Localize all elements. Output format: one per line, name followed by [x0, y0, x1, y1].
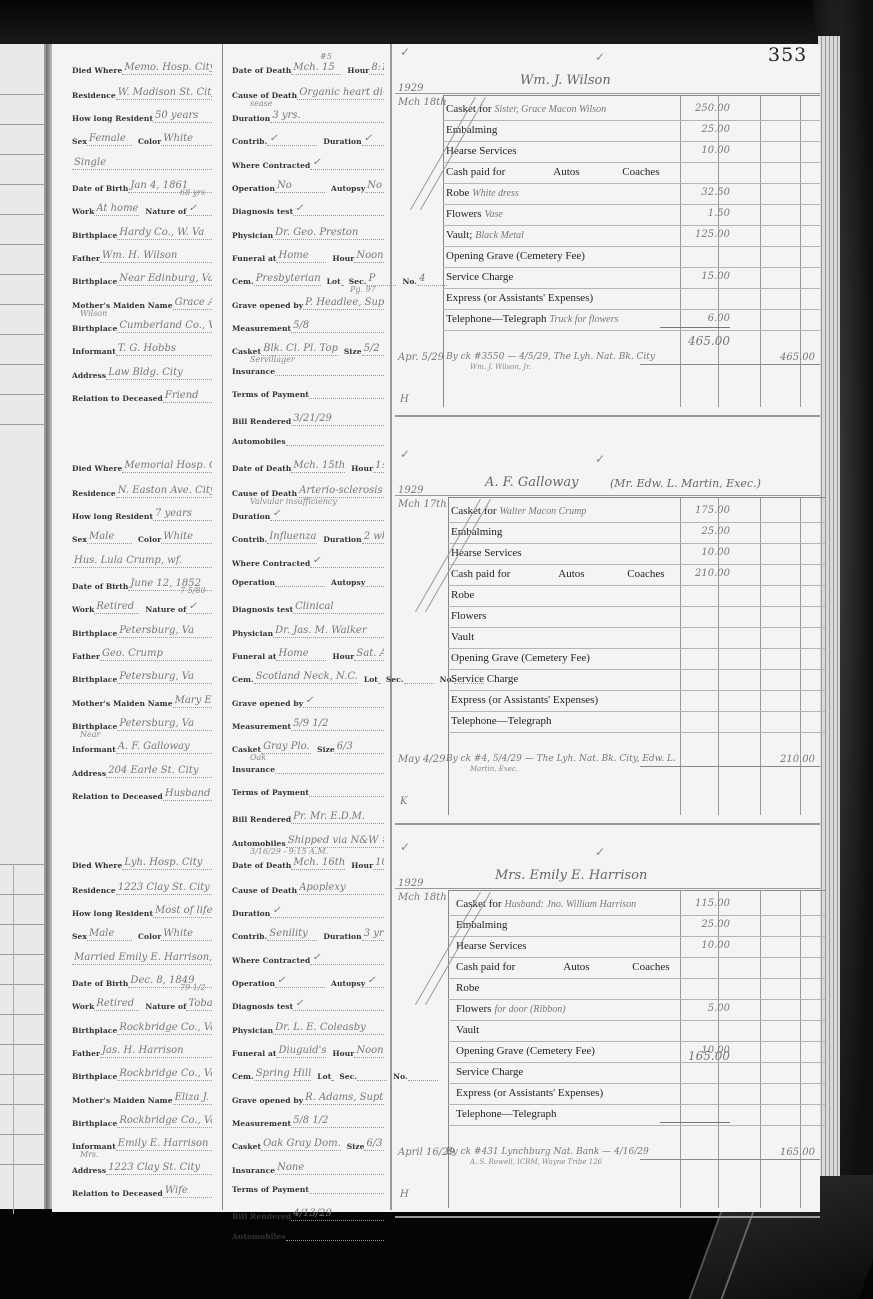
- ledger-item-amount: 25.00: [660, 526, 730, 537]
- cem-value: Presbyterian: [254, 273, 321, 286]
- diagnosis-test-value: Clinical: [293, 601, 384, 614]
- field-physician: PhysicianDr. Jas. M. Walker: [232, 625, 384, 638]
- cem-note: Pg. 97: [350, 285, 376, 294]
- ledger-item: Vault;Black Metal: [446, 229, 524, 241]
- field-funeral-at: Funeral atHome Hour Sat. A.M.: [232, 648, 384, 661]
- how-long-resident-value: 50 years: [153, 110, 212, 123]
- measurement-value: 5/8 1/2: [291, 1115, 384, 1128]
- date-of-death-note: #5: [320, 52, 332, 61]
- payment-date: Apr. 5/29: [398, 352, 444, 363]
- field-father-birthplace: Birthplace Rockbridge Co., Va: [72, 1068, 212, 1081]
- ledger-row-rule: [443, 309, 820, 310]
- cause-of-death-note: sease: [250, 99, 272, 108]
- informant-note: Mrs.: [80, 1150, 99, 1159]
- work-value: At home: [94, 203, 139, 216]
- where-contracted-value: ✓: [310, 555, 384, 568]
- amount-column-rule: [800, 890, 801, 1208]
- ledger-date: Mch 17th: [398, 499, 447, 510]
- ledger-row-rule: [448, 564, 825, 565]
- mothers-maiden-name-value: Grace Ann: [173, 297, 212, 310]
- total-rule: [660, 327, 730, 328]
- field-physician: PhysicianDr. Geo. Preston: [232, 227, 384, 240]
- column-divider-form: [222, 44, 223, 1210]
- ledger-row-rule: [448, 1020, 825, 1021]
- payment-description: By ck #431 Lynchburg Nat. Bank — 4/16/29: [446, 1147, 649, 1157]
- marital-status-value: Married Emily E. Harrison, wf.: [72, 952, 212, 965]
- address-value: Law Bldg. City: [106, 367, 212, 380]
- bill-rendered-value: Pr. Mr. E.D.M.: [291, 811, 384, 824]
- informant-value: Emily E. Harrison: [116, 1138, 212, 1151]
- payment-subnote: Martin, Exec.: [470, 765, 518, 773]
- ledger-item: Opening Grave (Cemetery Fee): [446, 250, 588, 262]
- page-number: 353: [768, 44, 807, 66]
- field-sex: Sex Female Color White: [72, 133, 212, 146]
- field-work: Work At home Nature of ✓: [72, 203, 212, 216]
- color-value: White: [161, 531, 212, 544]
- ledger-row-rule: [448, 543, 825, 544]
- ledger-item-amount: 10.00: [660, 940, 730, 951]
- ledger-row-rule: [448, 690, 825, 691]
- contrib-duration-value: 2 wks: [362, 531, 384, 544]
- mother-birthplace-value: Petersburg, Va: [117, 718, 212, 731]
- relation-to-deceased-value: Friend: [163, 390, 212, 403]
- father-birthplace-value: Near Edinburg, Va: [117, 273, 212, 286]
- funeral-hour-value: Sat. A.M.: [354, 648, 384, 661]
- checkmark-icon: ✓: [400, 45, 410, 59]
- ledger-row-rule: [443, 204, 820, 205]
- field-relation-to-deceased: Relation to Deceased Friend: [72, 390, 212, 403]
- field-operation: OperationNo Autopsy No: [232, 180, 384, 193]
- cause-of-death-note: Valvular insufficiency: [250, 497, 337, 506]
- section-divider: [395, 823, 820, 825]
- ledger-item: Opening Grave (Cemetery Fee): [451, 652, 593, 664]
- died-where-value: Lyh. Hosp. City: [122, 857, 212, 870]
- field-duration: Duration✓: [232, 508, 384, 521]
- diagnosis-test-value: ✓: [293, 998, 384, 1011]
- ledger-item-amount: 25.00: [660, 919, 730, 930]
- nature-of-value: Tobacco: [186, 998, 212, 1011]
- nature-of-value: ✓: [186, 601, 212, 614]
- field-contrib: Contrib.Senility Duration 3 yrs: [232, 928, 384, 941]
- ledger-item: Opening Grave (Cemetery Fee): [456, 1045, 598, 1057]
- ledger-row-rule: [443, 162, 820, 163]
- marital-status-value: Hus. Lula Crump, wf.: [72, 555, 212, 568]
- casket-note: Oak: [250, 753, 266, 762]
- ledger-item-amount: 10.00: [660, 547, 730, 558]
- how-long-resident-value: Most of life: [153, 905, 212, 918]
- date-of-birth-note: 7 5/80: [180, 586, 206, 595]
- column-divider-ledger: [390, 44, 392, 1210]
- measurement-value: 5/8: [291, 320, 384, 333]
- birthplace-value: Hardy Co., W. Va: [117, 227, 212, 240]
- died-where-value: Memorial Hosp. City: [122, 460, 212, 473]
- bill-rendered-value: 3/21/29: [291, 413, 384, 426]
- sec-value: [357, 1080, 387, 1081]
- relation-to-deceased-value: Wife: [163, 1185, 212, 1198]
- payment-amount: 210.00: [745, 754, 815, 765]
- ledger-item: Cash paid forAutos Coaches: [456, 961, 670, 973]
- ledger-top-rule: [395, 888, 820, 889]
- amount-column-rule: [760, 890, 761, 1208]
- field-measurement: Measurement5/8: [232, 320, 384, 333]
- payment-rule: [640, 766, 820, 767]
- mother-birthplace-value: Rockbridge Co., Va: [117, 1115, 212, 1128]
- field-insurance: Insurance: [232, 765, 384, 774]
- ledger-date: Mch 18th: [398, 97, 447, 108]
- ledger-item-amount: 210.00: [660, 568, 730, 579]
- ledger-item: Service Charge: [451, 673, 521, 685]
- funeral-hour-value: Noon: [354, 1045, 384, 1058]
- contrib-value: Senility: [267, 928, 317, 941]
- checkmark-icon: ✓: [595, 452, 605, 466]
- duration-value: ✓: [270, 508, 384, 521]
- funeral-at-value: Diuguid's: [276, 1045, 326, 1058]
- autopsy-value: [365, 586, 384, 587]
- field-father: Father Jas. H. Harrison: [72, 1045, 212, 1058]
- mother-birthplace-note: Near: [80, 730, 100, 739]
- amount-column-rule: [760, 497, 761, 815]
- measurement-value: 5/9 1/2: [291, 718, 384, 731]
- nature-of-value: ✓: [186, 203, 212, 216]
- field-terms-of-payment: Terms of Payment: [232, 1185, 384, 1194]
- payment-description: By ck #3550 — 4/5/29, The Lyh. Nat. Bk. …: [446, 352, 655, 362]
- field-diagnosis-test: Diagnosis test✓: [232, 203, 384, 216]
- field-bill-rendered: Bill Rendered4/13/29: [232, 1208, 384, 1221]
- funeral-hour-value: Noon: [354, 250, 384, 263]
- field-sex: Sex Male Color White: [72, 928, 212, 941]
- birthplace-value: Rockbridge Co., Va: [117, 1022, 212, 1035]
- father-birthplace-value: Rockbridge Co., Va: [117, 1068, 212, 1081]
- sec-value: [404, 683, 434, 684]
- funeral-at-value: Home: [276, 250, 326, 263]
- field-mother-birthplace: Birthplace Cumberland Co., Va: [72, 320, 212, 333]
- ledger-mark: H: [400, 1189, 409, 1200]
- ledger-row-rule: [448, 1104, 825, 1105]
- color-value: White: [161, 133, 212, 146]
- field-died-where: Died Where Lyh. Hosp. City: [72, 857, 212, 870]
- contrib-duration-value: ✓: [362, 133, 384, 146]
- ledger-item-amount: 32.50: [660, 187, 730, 198]
- sex-value: Male: [87, 531, 132, 544]
- field-where-contracted: Where Contracted✓: [232, 952, 384, 965]
- field-automobiles: Automobiles: [232, 1232, 384, 1241]
- hour-value: 8:15 P.M.: [369, 62, 384, 75]
- book-cover-top: [0, 0, 873, 46]
- ledger-item: Express (or Assistants' Expenses): [451, 694, 601, 706]
- ledger-row-rule: [448, 1062, 825, 1063]
- sex-value: Male: [87, 928, 132, 941]
- ledger-mark: K: [400, 796, 407, 807]
- father-birthplace-value: Petersburg, Va: [117, 671, 212, 684]
- field-physician: PhysicianDr. L. E. Coleasby: [232, 1022, 384, 1035]
- ledger-item-amount: 125.00: [660, 229, 730, 240]
- previous-page-edge: [0, 44, 46, 1209]
- casket-size-value: 6/3: [335, 741, 384, 754]
- autopsy-value: ✓: [365, 975, 384, 988]
- insurance-value: [275, 773, 384, 774]
- field-cem: Cem.Spring Hill Lot Sec. No.: [232, 1068, 384, 1081]
- field-died-where: Died Where Memorial Hosp. City: [72, 460, 212, 473]
- account-party: Wm. J. Wilson: [520, 73, 611, 88]
- field-contrib: Contrib.Influenza Duration 2 wks: [232, 531, 384, 544]
- payment-date: May 4/29: [398, 754, 446, 765]
- field-terms-of-payment: Terms of Payment: [232, 788, 384, 797]
- field-died-where: Died Where Memo. Hosp. City: [72, 62, 212, 75]
- where-contracted-value: ✓: [310, 952, 384, 965]
- insurance-value: [275, 375, 384, 376]
- field-how-long-resident: How long Resident Most of life: [72, 905, 212, 918]
- marital-status-value: Single: [72, 157, 212, 170]
- amount-column-rule: [718, 497, 719, 815]
- lot-value: [378, 683, 380, 684]
- field-cem: Cem.Scotland Neck, N.C. Lot Sec. No.: [232, 671, 384, 684]
- ledger-item: Cash paid forAutos Coaches: [451, 568, 665, 580]
- date-of-birth-note: 79 1/2: [180, 983, 206, 992]
- field-contrib: Contrib.✓ Duration ✓: [232, 133, 384, 146]
- field-funeral-at: Funeral atHome Hour Noon: [232, 250, 384, 263]
- ledger-top-rule: [395, 93, 820, 94]
- autopsy-value: No: [365, 180, 384, 193]
- ledger-item-amount: 25.00: [660, 124, 730, 135]
- ledger-item: Telephone—Telegraph: [456, 1108, 559, 1120]
- ledger-row-rule: [448, 915, 825, 916]
- field-relation-to-deceased: Relation to Deceased Husband of: [72, 788, 212, 801]
- date-of-death-value: Mch. 15th: [291, 460, 345, 473]
- field-insurance: Insurance: [232, 367, 384, 376]
- field-casket: CasketOak Gray Dom. Size 6/3: [232, 1138, 384, 1151]
- operation-value: [275, 586, 325, 587]
- ledger-row-rule: [448, 1083, 825, 1084]
- ledger-item: RobeWhite dress: [446, 187, 519, 199]
- field-residence: Residence 1223 Clay St. City: [72, 882, 212, 895]
- contrib-duration-value: 3 yrs: [362, 928, 384, 941]
- field-informant: Informant T. G. Hobbs: [72, 343, 212, 356]
- field-where-contracted: Where Contracted✓: [232, 157, 384, 170]
- field-date-of-death: Date of DeathMch. 16th Hour 10:30 P.M.: [232, 857, 384, 870]
- field-mother-birthplace: Birthplace Rockbridge Co., Va: [72, 1115, 212, 1128]
- father-value: Geo. Crump: [100, 648, 212, 661]
- section-divider: [395, 415, 820, 417]
- marital-status: Hus. Lula Crump, wf.: [72, 555, 212, 568]
- casket-size-value: 5/2: [362, 343, 384, 356]
- field-birthplace: Birthplace Petersburg, Va: [72, 625, 212, 638]
- ledger-row-rule: [443, 246, 820, 247]
- field-father: Father Geo. Crump: [72, 648, 212, 661]
- ledger-item: Cash paid forAutos Coaches: [446, 166, 660, 178]
- father-value: Jas. H. Harrison: [100, 1045, 212, 1058]
- field-how-long-resident: How long Resident 7 years: [72, 508, 212, 521]
- ledger-row-rule: [443, 120, 820, 121]
- hour-value: 10:30 P.M.: [373, 857, 384, 870]
- field-duration: Duration✓: [232, 905, 384, 918]
- physician-value: Dr. Geo. Preston: [273, 227, 384, 240]
- field-address: Address Law Bldg. City: [72, 367, 212, 380]
- casket-size-value: 6/3: [364, 1138, 384, 1151]
- ledger-item: Telephone—Telegraph: [451, 715, 554, 727]
- contrib-value: Influenza: [267, 531, 317, 544]
- field-mothers-maiden-name: Mother's Maiden Name Eliza J. McClellan: [72, 1092, 212, 1105]
- sex-value: Female: [87, 133, 132, 146]
- ledger-item: Service Charge: [456, 1066, 526, 1078]
- ledger-row-rule: [448, 1125, 825, 1126]
- contrib-value: ✓: [267, 133, 317, 146]
- no-value: [408, 1080, 438, 1081]
- payment-amount: 465.00: [745, 352, 815, 363]
- payment-subnote: A. S. Rowell, ICRM, Wayne Tribe 126: [470, 1158, 602, 1166]
- field-father: Father Wm. H. Wilson: [72, 250, 212, 263]
- informant-value: T. G. Hobbs: [116, 343, 212, 356]
- how-long-resident-value: 7 years: [153, 508, 212, 521]
- field-operation: Operation Autopsy: [232, 578, 384, 587]
- lot-value: 24: [341, 273, 343, 286]
- field-how-long-resident: How long Resident 50 years: [72, 110, 212, 123]
- ledger-mark: H: [400, 394, 409, 405]
- field-birthplace: Birthplace Hardy Co., W. Va: [72, 227, 212, 240]
- field-diagnosis-test: Diagnosis test✓: [232, 998, 384, 1011]
- ledger-total: 165.00: [660, 1049, 730, 1063]
- field-automobiles: Automobiles: [232, 437, 384, 446]
- automobiles-note: 3/16/29 - 9:15 A.M.: [250, 847, 328, 856]
- address-value: 204 Earle St. City: [106, 765, 212, 778]
- ledger-item: Express (or Assistants' Expenses): [456, 1087, 606, 1099]
- field-grave-opened-by: Grave opened by✓: [232, 695, 384, 708]
- ledger-row-rule: [443, 267, 820, 268]
- informant-value: A. F. Galloway: [116, 741, 212, 754]
- ledger-row-rule: [448, 1041, 825, 1042]
- ledger-item: Flowersfor door (Ribbon): [456, 1003, 566, 1015]
- field-address: Address 1223 Clay St. City: [72, 1162, 212, 1175]
- ledger-row-rule: [448, 936, 825, 937]
- funeral-at-value: Home: [276, 648, 326, 661]
- field-informant: Informant A. F. Galloway: [72, 741, 212, 754]
- ledger-item-amount: 6.00: [660, 313, 730, 324]
- field-operation: Operation✓ Autopsy ✓: [232, 975, 384, 988]
- date-of-birth-note: 68 yrs: [180, 188, 205, 197]
- ledger-row-rule: [448, 606, 825, 607]
- physician-value: Dr. Jas. M. Walker: [273, 625, 384, 638]
- residence-value: W. Madison St. City: [116, 87, 212, 100]
- field-funeral-at: Funeral atDiuguid's Hour Noon: [232, 1045, 384, 1058]
- checkmark-icon: ✓: [595, 50, 605, 64]
- field-measurement: Measurement5/9 1/2: [232, 718, 384, 731]
- terms-of-payment-value: [309, 398, 384, 399]
- automobiles-value: [286, 1240, 384, 1241]
- field-work: Work Retired Nature of ✓: [72, 601, 212, 614]
- field-bill-rendered: Bill Rendered3/21/29: [232, 413, 384, 426]
- casket-value: Gray Plo.: [261, 741, 311, 754]
- ledger-row-rule: [448, 732, 825, 733]
- field-sex: Sex Male Color White: [72, 531, 212, 544]
- residence-value: 1223 Clay St. City: [116, 882, 212, 895]
- operation-value: ✓: [275, 975, 325, 988]
- marital-status: Single: [72, 157, 212, 170]
- field-relation-to-deceased: Relation to Deceased Wife: [72, 1185, 212, 1198]
- ledger-row-rule: [448, 999, 825, 1000]
- ledger-row-rule: [443, 183, 820, 184]
- checkmark-icon: ✓: [400, 840, 410, 854]
- field-date-of-death: Date of DeathMch. 15th Hour 1:50 P.M.: [232, 460, 384, 473]
- grave-opened-by-value: ✓: [303, 695, 384, 708]
- work-value: Retired: [94, 998, 139, 1011]
- marital-status: Married Emily E. Harrison, wf.: [72, 952, 212, 965]
- ledger-item: Robe: [451, 589, 477, 601]
- birthplace-value: Petersburg, Va: [117, 625, 212, 638]
- ledger-date: Mch 18th: [398, 892, 447, 903]
- lot-value: [331, 1080, 333, 1081]
- field-work: Work Retired Nature of Tobacco: [72, 998, 212, 1011]
- duration-value: ✓: [270, 905, 384, 918]
- field-grave-opened-by: Grave opened byR. Adams, Supt.: [232, 1092, 384, 1105]
- grave-opened-by-value: P. Headlee, Supt.: [303, 297, 384, 310]
- field-residence: Residence N. Easton Ave. City: [72, 485, 212, 498]
- field-address: Address 204 Earle St. City: [72, 765, 212, 778]
- payment-description: By ck #4, 5/4/29 — The Lyh. Nat. Bk. Cit…: [446, 754, 676, 764]
- casket-note: Servillager: [250, 355, 295, 364]
- field-insurance: InsuranceNone: [232, 1162, 384, 1175]
- ledger-item-amount: 175.00: [660, 505, 730, 516]
- ledger-item: FlowersVase: [446, 208, 503, 220]
- checkmark-icon: ✓: [400, 447, 410, 461]
- field-grave-opened-by: Grave opened byP. Headlee, Supt.: [232, 297, 384, 310]
- ledger-item: Vault: [451, 631, 477, 643]
- date-of-death-value: Mch. 16th: [291, 857, 345, 870]
- mothers-maiden-name-value: Mary Eliza Gray: [173, 695, 212, 708]
- field-where-contracted: Where Contracted✓: [232, 555, 384, 568]
- ledger-row-rule: [443, 330, 820, 331]
- field-date-of-death: Date of DeathMch. 15 Hour 8:15 P.M.: [232, 62, 384, 75]
- physician-value: Dr. L. E. Coleasby: [273, 1022, 384, 1035]
- field-residence: Residence W. Madison St. City: [72, 87, 212, 100]
- field-diagnosis-test: Diagnosis testClinical: [232, 601, 384, 614]
- father-value: Wm. H. Wilson: [100, 250, 212, 263]
- field-cause-of-death: Cause of DeathApoplexy: [232, 882, 384, 895]
- insurance-value: None: [275, 1162, 384, 1175]
- relation-to-deceased-value: Husband of: [163, 788, 212, 801]
- total-rule: [660, 1122, 730, 1123]
- ledger-total: 465.00: [660, 334, 730, 348]
- payment-rule: [640, 364, 820, 365]
- field-bill-rendered: Bill RenderedPr. Mr. E.D.M.: [232, 811, 384, 824]
- residence-value: N. Easton Ave. City: [116, 485, 212, 498]
- ledger-item-amount: 1.50: [660, 208, 730, 219]
- ledger-item-amount: 10.00: [660, 145, 730, 156]
- cem-value: Spring Hill: [254, 1068, 312, 1081]
- payment-rule: [640, 1159, 820, 1160]
- field-measurement: Measurement5/8 1/2: [232, 1115, 384, 1128]
- duration-value: 3 yrs.: [270, 110, 384, 123]
- ledger-row-rule: [448, 522, 825, 523]
- address-value: 1223 Clay St. City: [106, 1162, 212, 1175]
- payment-subnote: Wm. J. Wilson, Jr.: [470, 363, 531, 371]
- ledger-row-rule: [448, 957, 825, 958]
- where-contracted-value: ✓: [310, 157, 384, 170]
- amount-column-rule: [800, 497, 801, 815]
- field-birthplace: Birthplace Rockbridge Co., Va: [72, 1022, 212, 1035]
- ledger-row-rule: [448, 711, 825, 712]
- color-value: White: [161, 928, 212, 941]
- payment-amount: 165.00: [745, 1147, 815, 1158]
- ledger-row-rule: [443, 225, 820, 226]
- ledger-item-amount: 15.00: [660, 271, 730, 282]
- ledger-item: Service Charge: [446, 271, 516, 283]
- casket-value: Oak Gray Dom.: [261, 1138, 341, 1151]
- ledger-item: Robe: [456, 982, 482, 994]
- mothers-maiden-name-value: Eliza J. McClellan: [173, 1092, 212, 1105]
- cause-of-death-value: Apoplexy: [297, 882, 384, 895]
- ledger-row-rule: [448, 669, 825, 670]
- ledger-row-rule: [448, 585, 825, 586]
- ledger-row-rule: [443, 141, 820, 142]
